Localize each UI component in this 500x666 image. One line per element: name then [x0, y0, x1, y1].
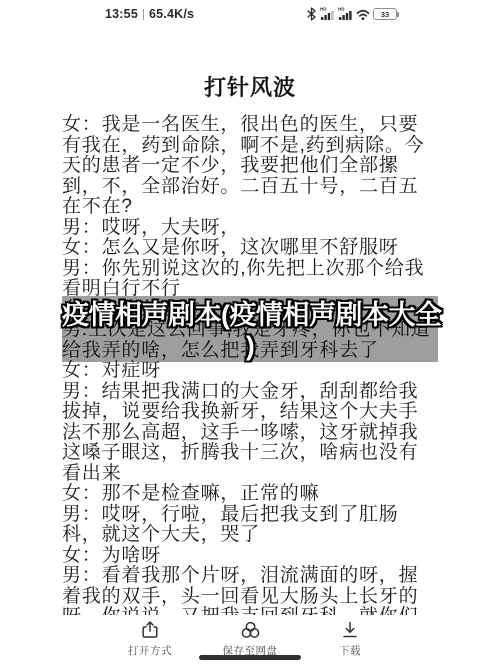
- script-line: 男：哎呀，行啦，最后把我支到了肛肠: [62, 505, 440, 526]
- status-bar: 13:55 65.4K/s HD HD 33: [0, 0, 500, 28]
- download-icon: [340, 620, 360, 640]
- script-line: 女：对症呀: [62, 361, 440, 382]
- download-button[interactable]: 下载: [310, 620, 390, 658]
- battery-nub: [397, 12, 399, 17]
- battery-percent-text: 33: [381, 10, 389, 19]
- save-to-cloud-button[interactable]: 保存至网盘: [210, 620, 290, 658]
- script-line: 这嗓子眼这，折腾我十三次，啥病也没有: [62, 443, 440, 464]
- script-line: 男：看着我那个片呀，泪流满面的呀，握: [62, 566, 440, 587]
- wifi-icon: [356, 8, 370, 21]
- signal-sim2-icon: HD: [338, 6, 353, 21]
- open-with-button[interactable]: 打开方式: [110, 620, 190, 658]
- cloud-drive-icon: [240, 620, 261, 640]
- status-separator: [143, 9, 144, 20]
- signal-sim1-icon: HD: [320, 6, 335, 21]
- home-indicator[interactable]: [199, 655, 301, 660]
- script-line: 男：哎呀，大夫呀，: [62, 218, 440, 239]
- script-line: 到，不，全部治好。二百五十号，二百五: [62, 177, 440, 198]
- script-line: 在不在?: [62, 197, 440, 218]
- battery-icon: 33: [373, 8, 397, 20]
- script-line: 女：那不是检查嘛，正常的嘛: [62, 484, 440, 505]
- script-line: 男：你先别说这次的,你先把上次那个给我: [62, 259, 440, 280]
- svg-text:HD: HD: [320, 7, 327, 12]
- share-icon: [140, 620, 160, 640]
- download-label: 下载: [339, 643, 361, 658]
- script-line: 有我在，药到命除，啊不是,药到病除。今: [62, 136, 440, 157]
- script-line: 科，就这个大夫，哭了: [62, 525, 440, 546]
- script-line: 女：为啥呀: [62, 546, 440, 567]
- watermark-overlay: 疫情相声剧本(疫情相声剧本大全 ): [62, 296, 438, 362]
- script-line: 呀，你说说，又把我支回到牙科，就你们: [62, 607, 440, 615]
- script-line: 看出来: [62, 464, 440, 485]
- watermark-text-line2: ): [62, 331, 438, 362]
- nav-bar: W 《打针风波》小品剧本.doc: [0, 28, 500, 60]
- phone-screen: { "status_bar": { "time": "13:55", "netw…: [0, 0, 500, 666]
- script-line: 着我的双手，头一回看见大肠头上长牙的: [62, 587, 440, 608]
- svg-text:HD: HD: [338, 7, 345, 12]
- status-icons: HD HD 33: [306, 6, 397, 21]
- network-speed-text: 65.4K/s: [149, 7, 194, 21]
- script-line: 拔掉，说要给我换新牙，结果这个大夫手: [62, 402, 440, 423]
- watermark-text-line1: 疫情相声剧本(疫情相声剧本大全: [62, 300, 438, 331]
- script-line: 女：我是一名医生，很出色的医生，只要: [62, 115, 440, 136]
- script-line: 女：怎么又是你呀，这次哪里不舒服呀: [62, 238, 440, 259]
- script-body: 女：我是一名医生，很出色的医生，只要有我在，药到命除，啊不是,药到病除。今天的患…: [62, 115, 440, 615]
- open-with-label: 打开方式: [128, 643, 172, 658]
- bluetooth-icon: [306, 7, 317, 21]
- script-line: 法不那么高超，这手一哆嗦，这牙就掉我: [62, 423, 440, 444]
- clock-text: 13:55: [105, 7, 138, 21]
- script-line: 天的患者一定不少，我要把他们全部摞: [62, 156, 440, 177]
- script-line: 男：结果把我满口的大金牙，刮刮都给我: [62, 382, 440, 403]
- status-time-speed: 13:55 65.4K/s: [105, 7, 194, 21]
- script-title: 打针风波: [0, 71, 500, 102]
